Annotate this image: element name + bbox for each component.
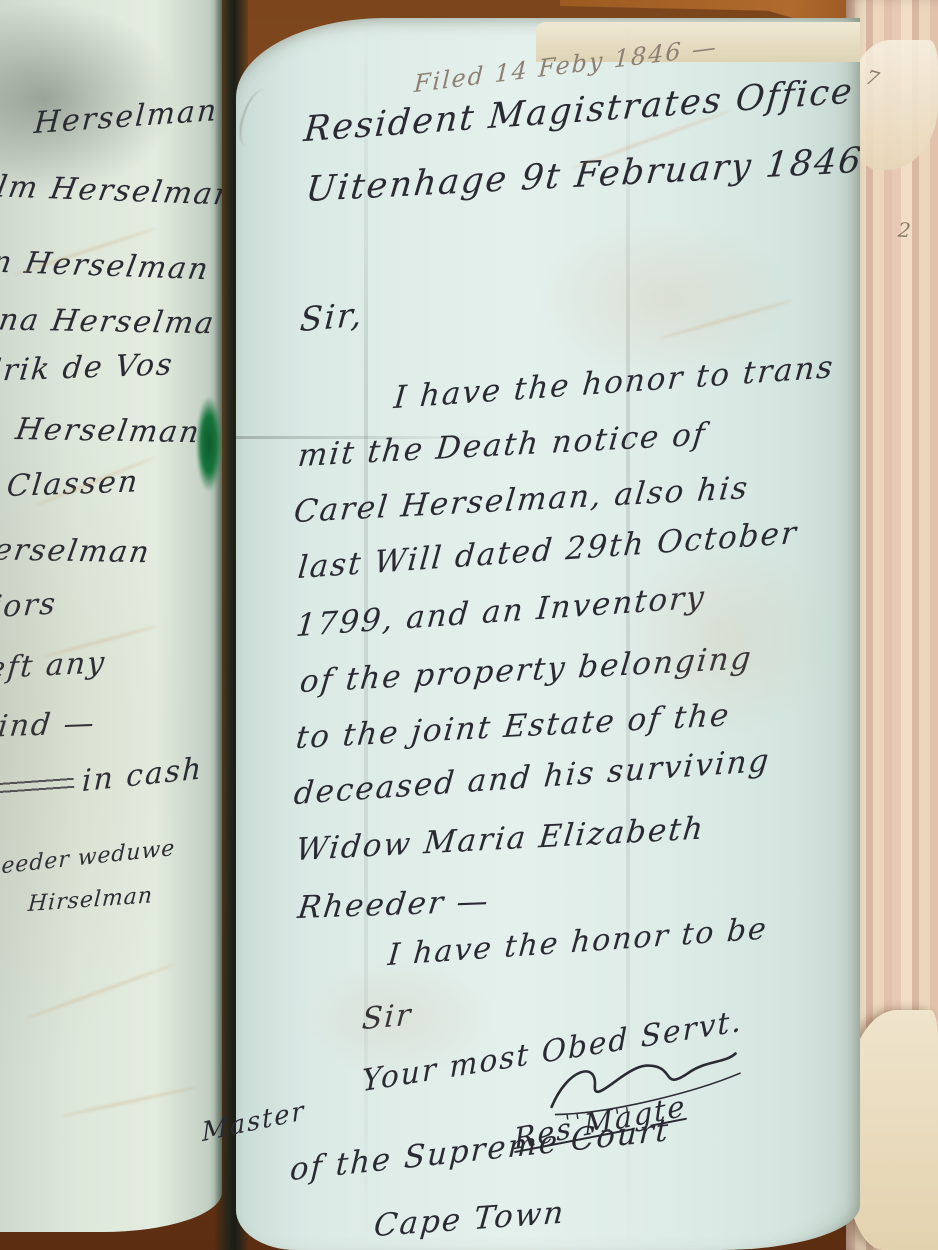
ink-bleed bbox=[658, 299, 793, 340]
struck-out-word bbox=[0, 775, 74, 797]
torn-page-edge-bottom bbox=[848, 1010, 938, 1250]
left-page-line: left any bbox=[0, 645, 108, 687]
left-page-line: Herselman bbox=[0, 532, 153, 570]
addressee-line: Cape Town bbox=[372, 1194, 566, 1244]
letter-body-line: Widow Maria Elizabeth bbox=[294, 810, 707, 868]
left-page-line: sina Herselma bbox=[0, 302, 218, 341]
letter-body-line: Rheeder — bbox=[296, 883, 492, 926]
left-page: Herselman helm Herselman on Herselman si… bbox=[0, 0, 222, 1232]
letter-body-line: Carel Herselman, also his bbox=[292, 470, 751, 530]
left-page-line: on Herselman bbox=[0, 244, 213, 287]
left-page-line: Herselman bbox=[33, 93, 220, 141]
letter-body-line: 1799, and an Inventory bbox=[294, 579, 707, 644]
letter-office-line: Resident Magistrates Office bbox=[302, 71, 855, 150]
left-page-line: drik de Vos bbox=[0, 347, 175, 389]
left-page-line: Hirselman bbox=[27, 883, 154, 917]
left-page-line: jors bbox=[0, 586, 59, 625]
ink-bleed bbox=[34, 456, 156, 507]
left-page-line: in cash bbox=[81, 751, 203, 799]
left-page-line: Herselman bbox=[13, 412, 203, 450]
letter-body-line: to the joint Estate of the bbox=[294, 697, 732, 756]
ink-bleed bbox=[24, 963, 175, 1021]
letter-body-line: mit the Death notice of bbox=[296, 416, 708, 474]
letter-salutation: Sir, bbox=[299, 294, 365, 339]
edge-numeral: 2 bbox=[897, 218, 911, 243]
left-page-line: helm Herselman bbox=[0, 168, 222, 213]
ink-bleed bbox=[42, 625, 159, 659]
letter-body-line: I have the honor to trans bbox=[392, 349, 836, 416]
letter-closing-line: Sir bbox=[361, 997, 414, 1037]
left-page-line: kind — bbox=[0, 706, 98, 745]
ink-bleed bbox=[61, 1085, 199, 1117]
left-page-line: Reeder weduwe bbox=[0, 836, 176, 881]
addressee-line: of the Supreme Court bbox=[289, 1112, 671, 1188]
photo-scene: 7 2 Herselman helm Herselman on Herselma… bbox=[0, 0, 938, 1250]
letter-place-date: Uitenhage 9t February 1846 bbox=[304, 141, 860, 210]
letter-page: Filed 14 Feby 1846 — Resident Magistrate… bbox=[236, 18, 860, 1250]
green-wax-spot bbox=[196, 396, 222, 492]
left-page-line: s Classen bbox=[0, 464, 141, 505]
ink-bleed bbox=[13, 227, 157, 276]
